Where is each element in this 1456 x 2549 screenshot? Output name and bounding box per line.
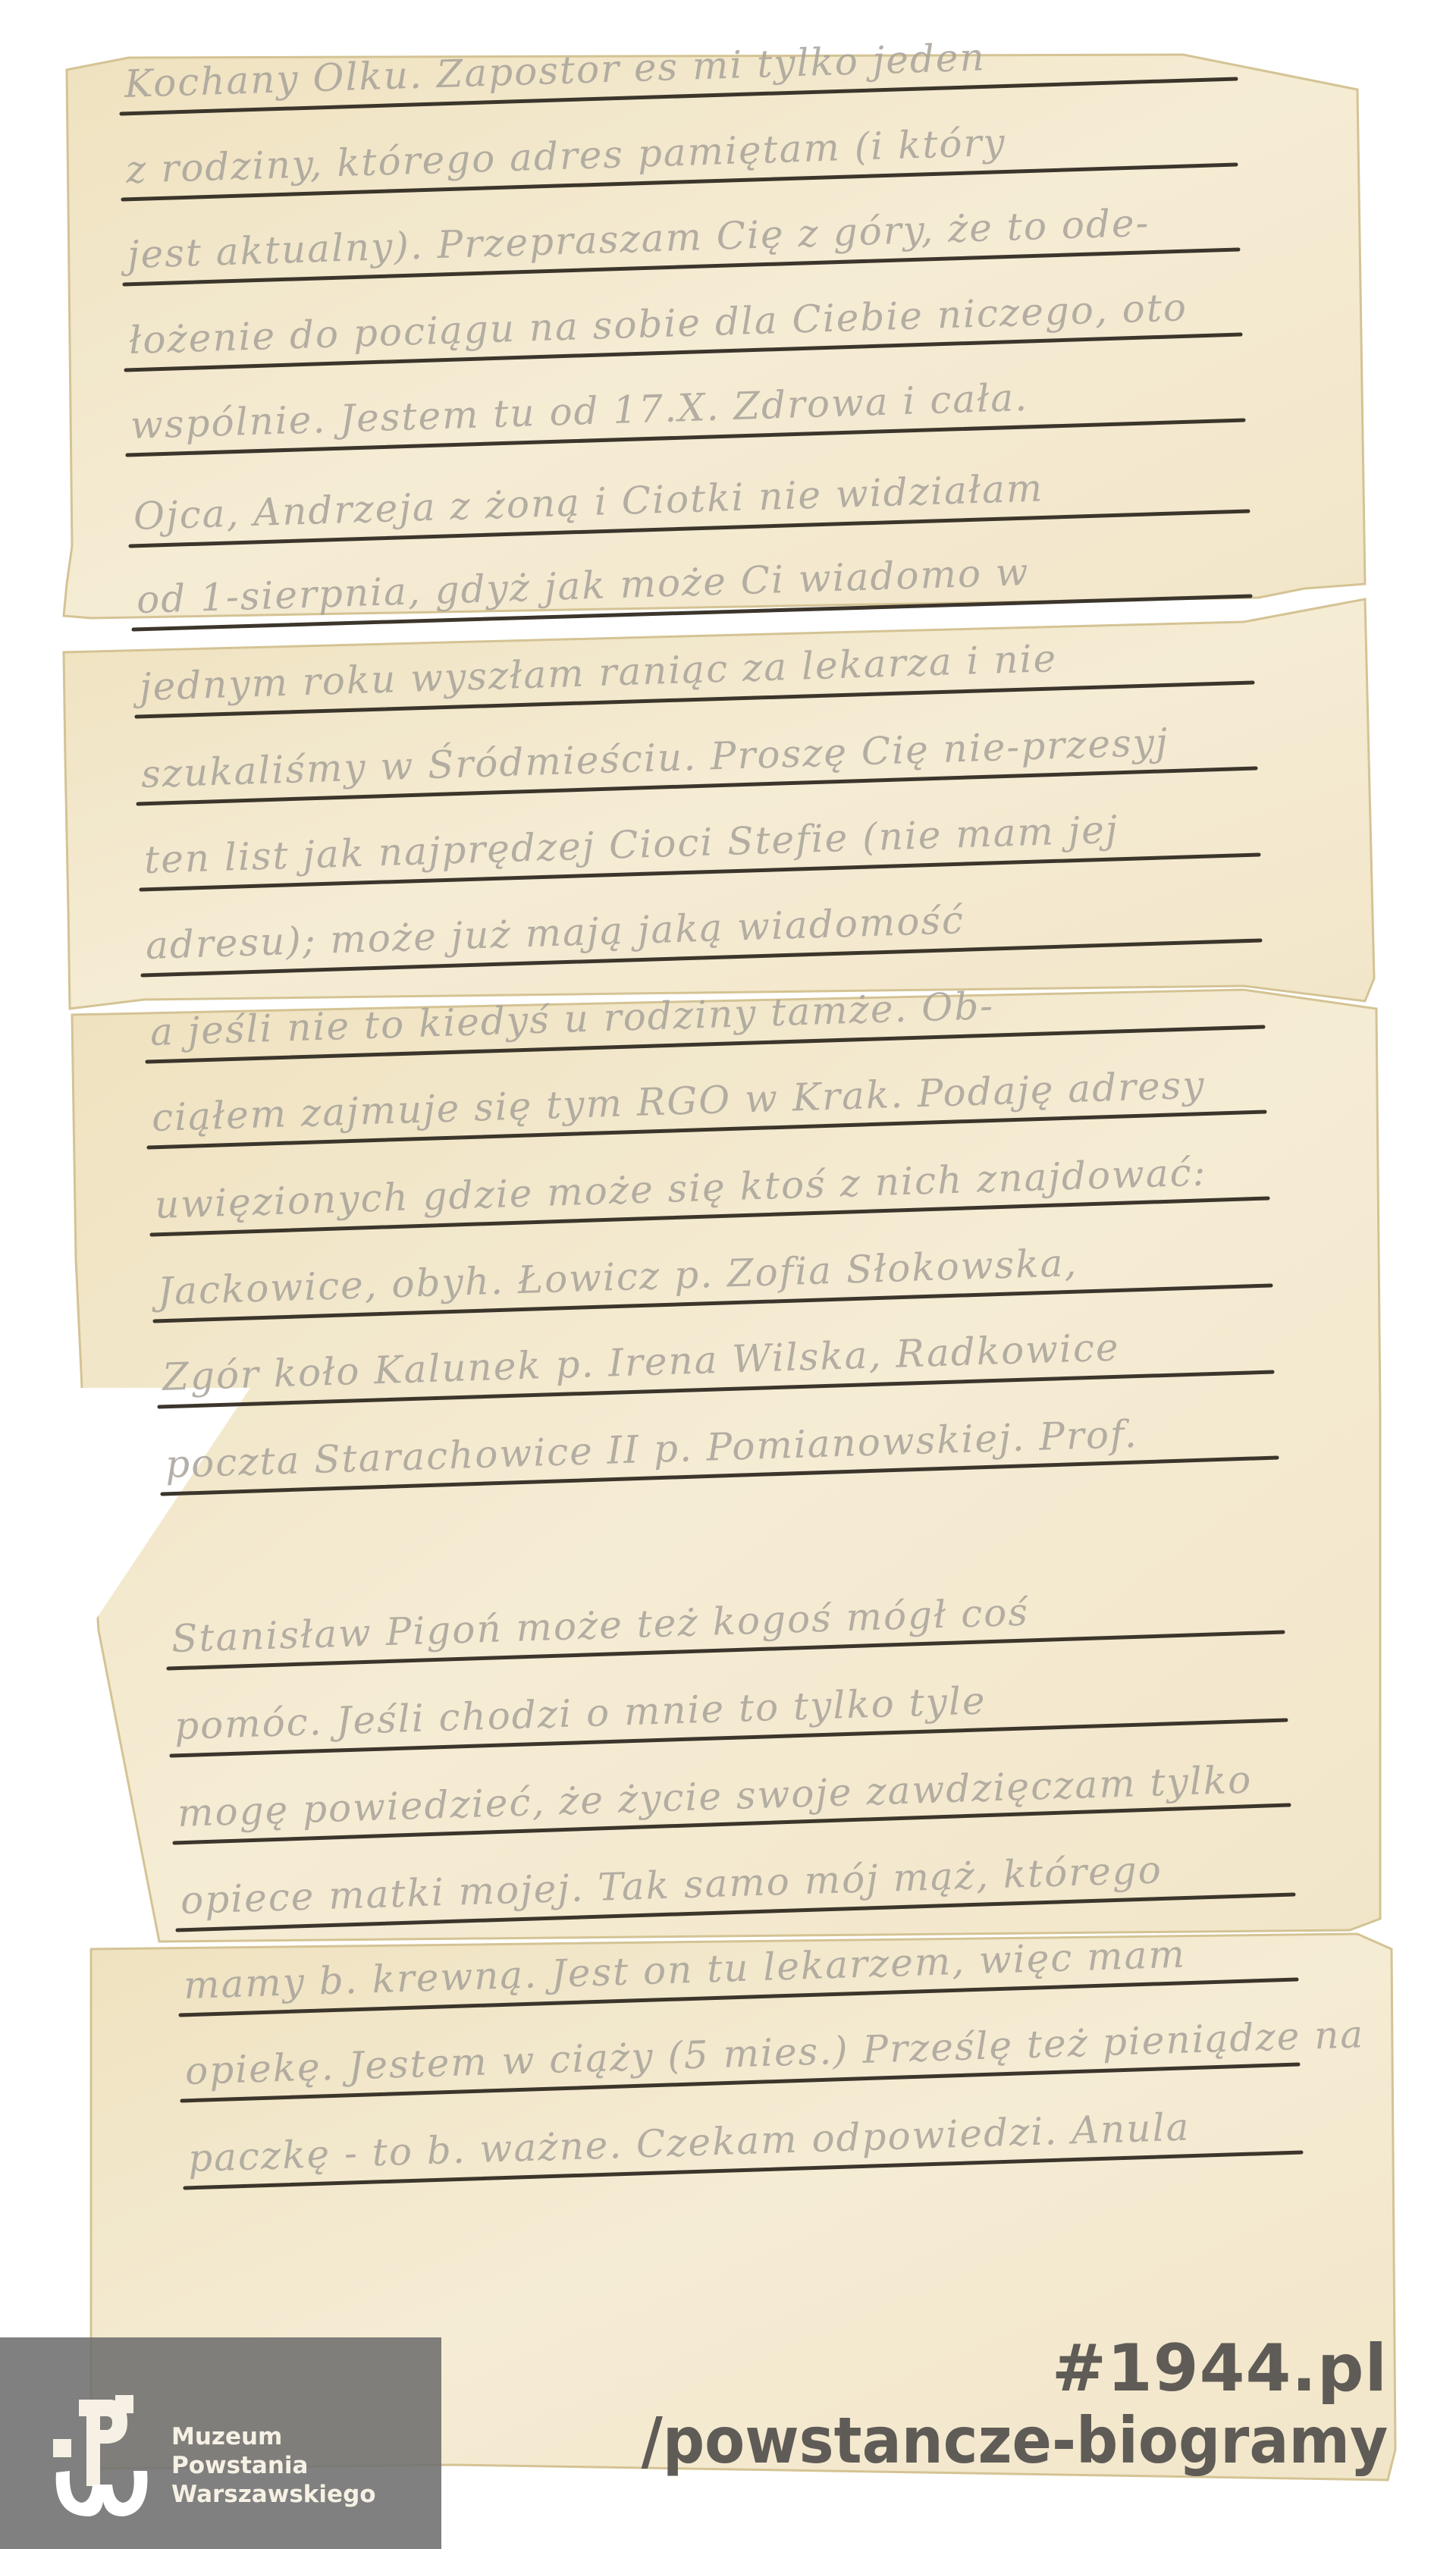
museum-name-line: Powstania — [171, 2451, 376, 2480]
watermark-url: #1944.pl /powstancze-biogramy — [576, 2336, 1388, 2472]
kotwica-anchor-logo-icon — [53, 2395, 152, 2516]
museum-name: Muzeum Powstania Warszawskiego — [171, 2422, 376, 2509]
museum-name-line: Warszawskiego — [171, 2480, 376, 2509]
watermark-path: /powstancze-biogramy — [641, 2409, 1388, 2472]
museum-name-line: Muzeum — [171, 2422, 376, 2451]
museum-watermark: Muzeum Powstania Warszawskiego — [0, 2337, 441, 2549]
watermark-hashtag: #1944.pl — [576, 2336, 1388, 2401]
